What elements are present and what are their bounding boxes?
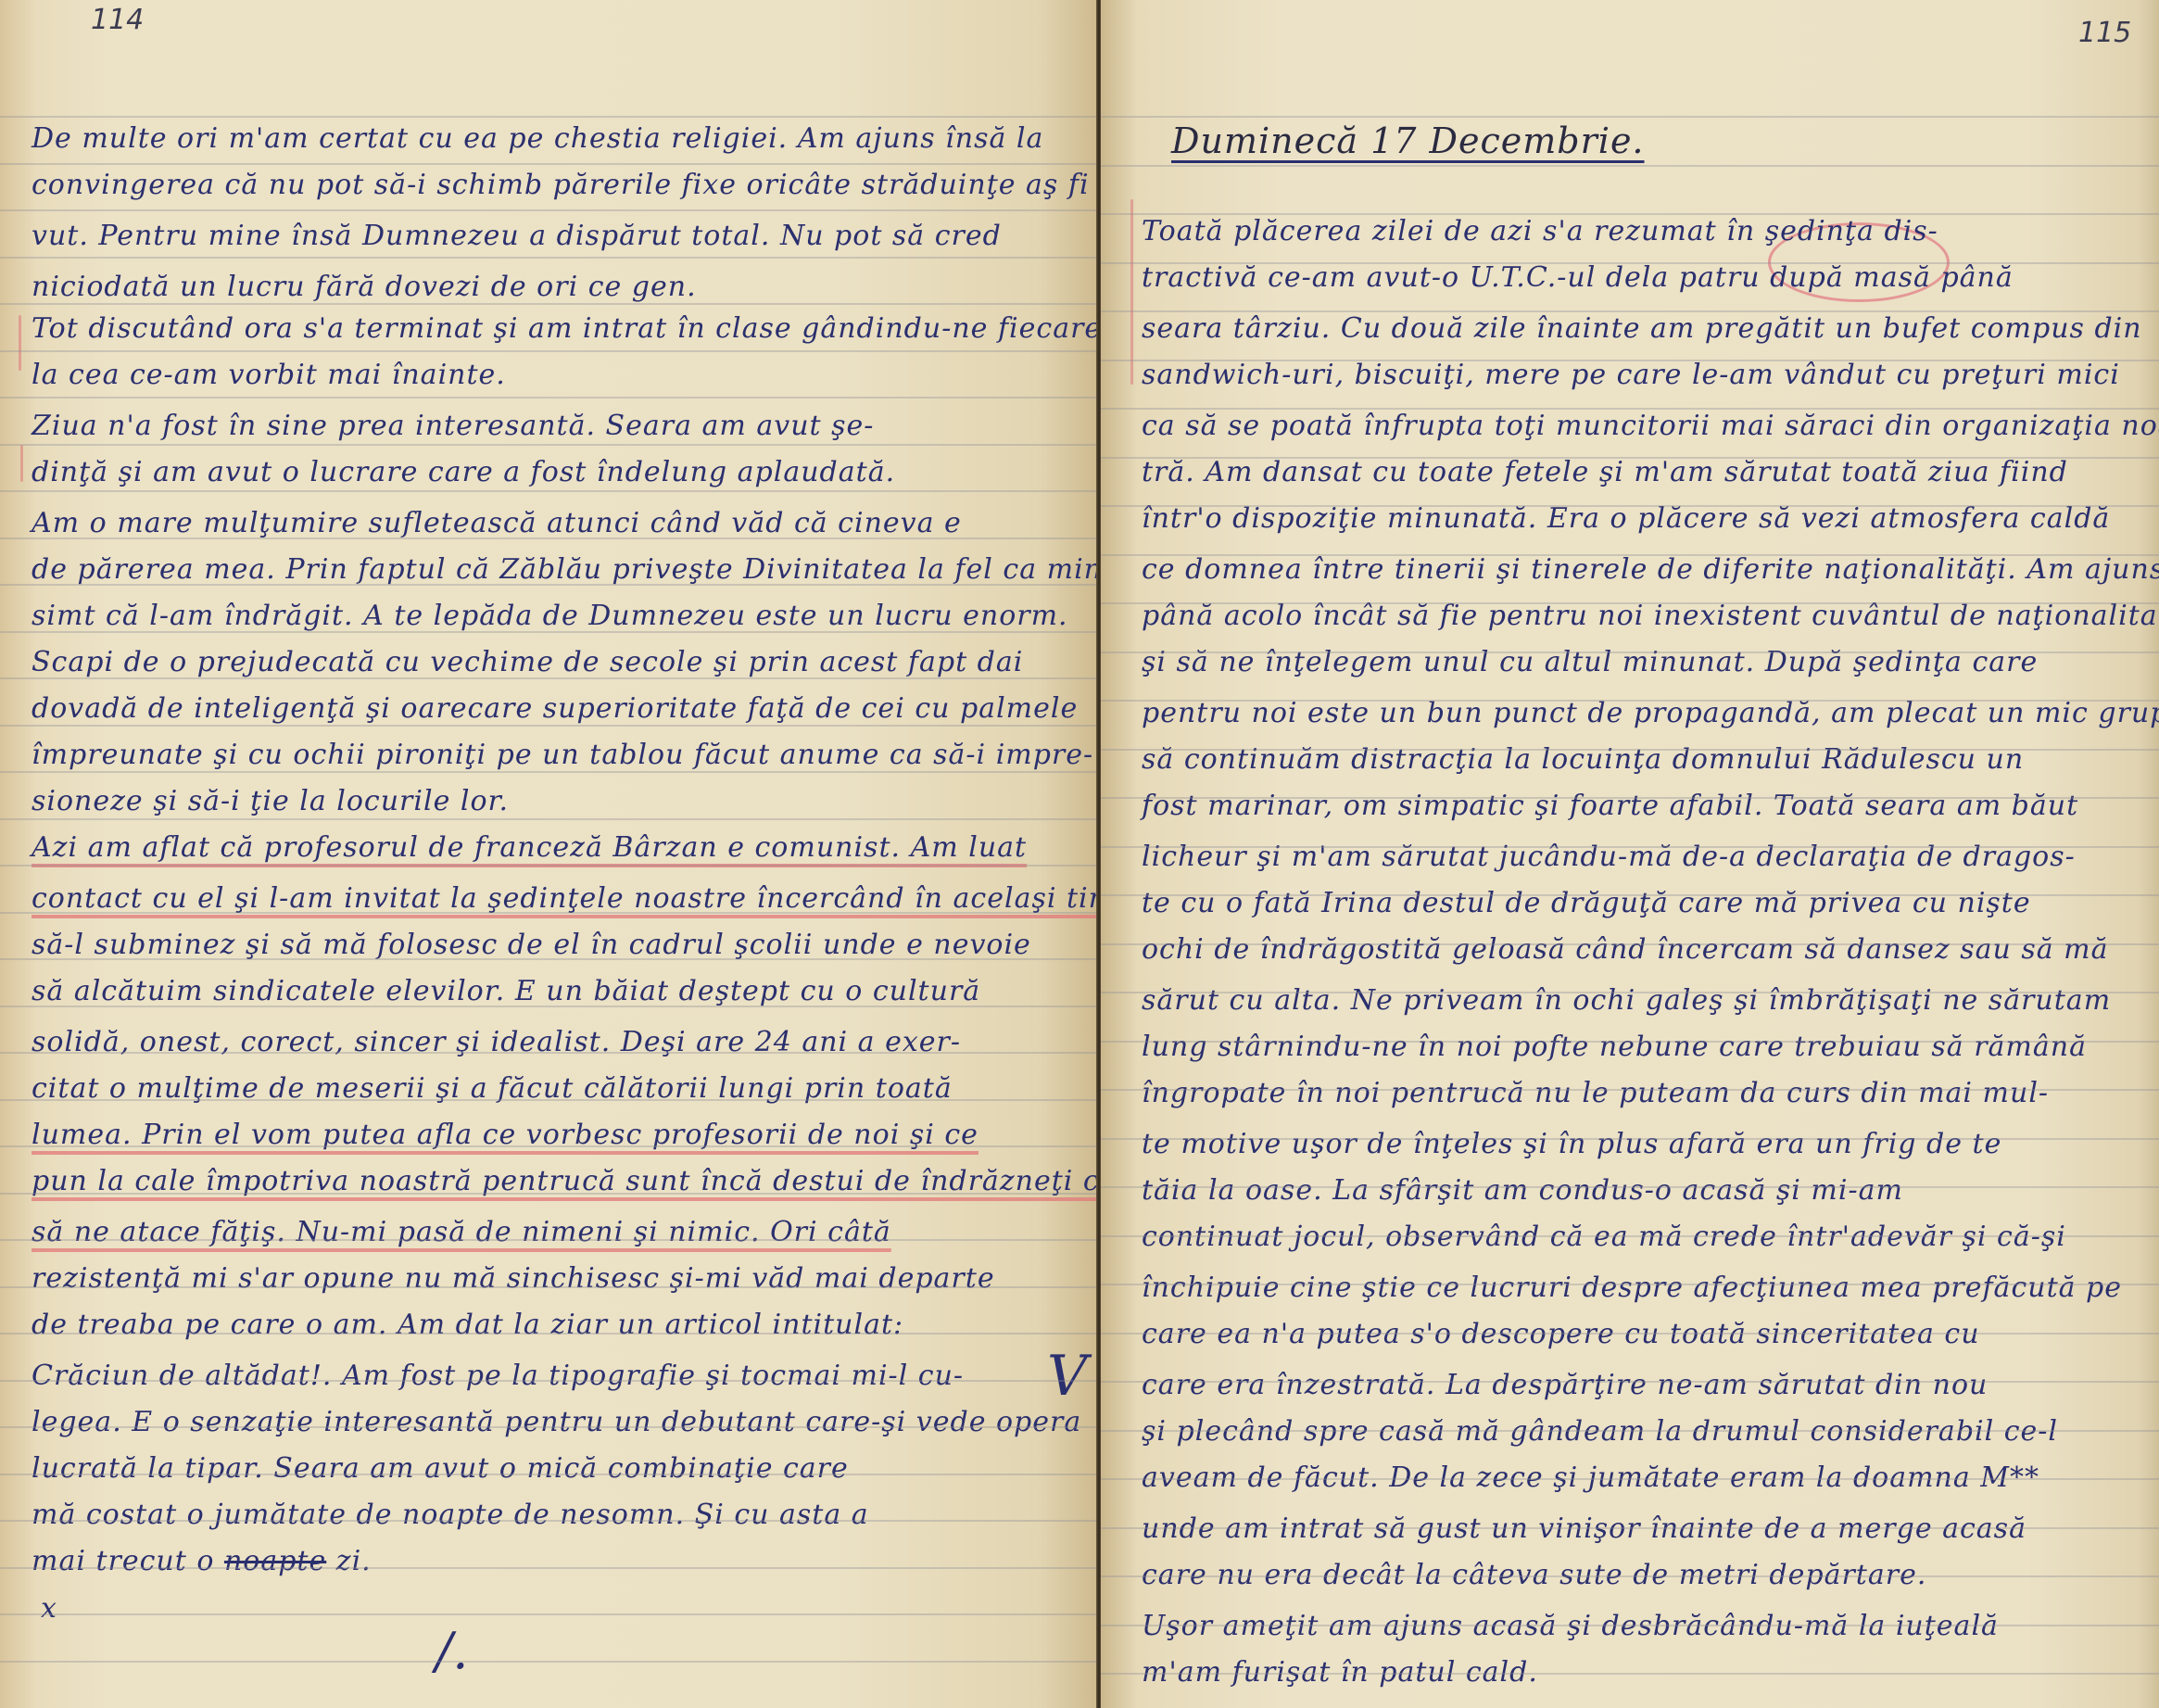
line-text: sioneze şi să-i ţie la locurile lor. xyxy=(32,785,509,817)
ruled-line xyxy=(1101,749,2159,751)
line-text: lucrată la tipar. Seara am avut o mică c… xyxy=(32,1452,849,1485)
ruled-line xyxy=(1101,1478,2159,1480)
ruled-line xyxy=(0,1052,1099,1054)
handwritten-line: lucrată la tipar. Seara am avut o mică c… xyxy=(32,1450,849,1487)
handwritten-line: sărut cu alta. Ne priveam în ochi galeş … xyxy=(1142,982,2111,1019)
line-text: de treaba pe care o am. Am dat la ziar u… xyxy=(32,1309,903,1341)
ruled-line xyxy=(1101,554,2159,556)
line-text: la cea ce-am vorbit mai înainte. xyxy=(32,359,506,391)
ruled-line xyxy=(0,1145,1099,1147)
handwritten-line: mă costat o jumătate de noapte de nesomn… xyxy=(32,1497,869,1534)
handwritten-line: tăia la oase. La sfârşit am condus-o aca… xyxy=(1142,1172,1903,1209)
page-number-right: 115 xyxy=(2078,17,2131,49)
ruled-line xyxy=(0,1661,1099,1663)
line-text: tăia la oase. La sfârşit am condus-o aca… xyxy=(1142,1174,1903,1207)
line-text: îngropate în noi pentrucă nu le puteam d… xyxy=(1142,1077,2049,1109)
ruled-line xyxy=(1101,213,2159,215)
handwritten-line: împreunate şi cu ochii pironiţi pe un ta… xyxy=(32,737,1093,774)
ruled-line xyxy=(1101,116,2159,118)
handwritten-line: te motive uşor de înţeles şi în plus afa… xyxy=(1142,1126,2001,1163)
ruled-line xyxy=(0,116,1099,118)
line-text: până acolo încât să fie pentru noi inexi… xyxy=(1142,600,2159,632)
ruled-line xyxy=(0,1520,1099,1522)
handwritten-line: citat o mulţime de meserii şi a făcut că… xyxy=(32,1070,953,1107)
handwritten-line: care ea n'a putea s'o descopere cu toată… xyxy=(1142,1316,1980,1353)
handwritten-line: lumea. Prin el vom putea afla ce vorbesc… xyxy=(32,1117,978,1154)
ruled-line xyxy=(1101,360,2159,361)
handwritten-line: închipuie cine ştie ce lucruri despre af… xyxy=(1142,1270,2122,1307)
ruled-line xyxy=(0,584,1099,586)
ruled-line xyxy=(0,771,1099,773)
handwritten-line: ca să se poată înfrupta toţi muncitorii … xyxy=(1142,408,2159,445)
handwritten-line: te cu o fată Irina destul de drăguţă car… xyxy=(1142,885,2031,922)
ruled-line xyxy=(1101,408,2159,410)
line-text: să-l subminez şi să mă folosesc de el în… xyxy=(32,929,1031,961)
ruled-line xyxy=(0,631,1099,633)
ruled-line xyxy=(0,865,1099,867)
ruled-line xyxy=(1101,505,2159,507)
line-text: continuat jocul, observând că ea mă cred… xyxy=(1142,1221,2066,1253)
line-text: sandwich-uri, biscuiţi, mere pe care le-… xyxy=(1142,359,2120,391)
ruled-line xyxy=(0,1426,1099,1428)
line-text: simt că l-am îndrăgit. A te lepăda de Du… xyxy=(32,600,1068,632)
ruled-line xyxy=(1101,1235,2159,1237)
struck-word: noapte xyxy=(224,1545,326,1577)
handwritten-line: Toată plăcerea zilei de azi s'a rezumat … xyxy=(1142,213,1938,250)
handwritten-line: Ziua n'a fost în sine prea interesantă. … xyxy=(32,408,874,445)
line-text: De multe ori m'am certat cu ea pe chesti… xyxy=(32,122,1043,155)
line-text: Toată plăcerea zilei de azi s'a rezumat … xyxy=(1142,215,1938,247)
line-text: dovadă de inteligenţă şi oarecare superi… xyxy=(32,692,1078,725)
handwritten-line: rezistenţă mi s'ar opune nu mă sinchises… xyxy=(32,1260,995,1297)
line-text: mai trecut o xyxy=(32,1545,214,1577)
line-text: tractivă ce-am avut-o U.T.C.-ul dela pat… xyxy=(1142,261,2014,294)
line-text: te cu o fată Irina destul de drăguţă car… xyxy=(1142,887,2031,919)
handwritten-line: Uşor ameţit am ajuns acasă şi desbrăcând… xyxy=(1142,1608,1999,1645)
line-text: Azi am aflat că profesorul de franceză B… xyxy=(32,831,1027,864)
handwritten-line: licheur şi m'am sărutat jucându-mă de-a … xyxy=(1142,839,2076,876)
line-text: să ne atace făţiş. Nu-mi pasă de nimeni … xyxy=(32,1216,891,1248)
line-text: Am o mare mulţumire sufletească atunci c… xyxy=(32,507,962,539)
line-text: lung stârnindu-ne în noi pofte nebune ca… xyxy=(1142,1031,2087,1063)
handwritten-line: sandwich-uri, biscuiţi, mere pe care le-… xyxy=(1142,357,2120,394)
ruled-line xyxy=(0,397,1099,399)
handwritten-line: îngropate în noi pentrucă nu le puteam d… xyxy=(1142,1075,2049,1112)
ruled-line xyxy=(1101,1673,2159,1675)
line-text: pentru noi este un bun punct de propagan… xyxy=(1142,697,2159,729)
handwritten-line: la cea ce-am vorbit mai înainte. xyxy=(32,357,506,394)
line-text: într'o dispoziţie minunată. Era o plăcer… xyxy=(1142,502,2110,535)
ruled-line xyxy=(0,163,1099,165)
red-margin-line xyxy=(1130,199,1133,385)
ruled-line xyxy=(0,490,1099,492)
ruled-line xyxy=(1101,1089,2159,1091)
line-text: să alcătuim sindicatele elevilor. E un b… xyxy=(32,975,980,1007)
handwritten-line: să ne atace făţiş. Nu-mi pasă de nimeni … xyxy=(32,1214,891,1251)
handwritten-line: care era înzestrată. La despărţire ne-am… xyxy=(1142,1367,1988,1404)
line-text: Crăciun de altădat!. Am fost pe la tipog… xyxy=(32,1360,964,1392)
entry-heading-date: Duminecă 17 Decembrie. xyxy=(1171,122,1645,159)
ruled-line xyxy=(1101,1625,2159,1626)
ruled-line xyxy=(1101,846,2159,848)
line-text: legea. E o senzaţie interesantă pentru u… xyxy=(32,1406,1081,1438)
ruled-line xyxy=(0,677,1099,679)
ruled-line xyxy=(1101,992,2159,993)
handwritten-line: dinţă şi am avut o lucrare care a fost î… xyxy=(32,454,895,491)
line-text: împreunate şi cu ochii pironiţi pe un ta… xyxy=(32,739,1093,771)
handwritten-line: sioneze şi să-i ţie la locurile lor. xyxy=(32,783,509,820)
handwritten-line: unde am intrat să gust un vinişor înaint… xyxy=(1142,1511,2026,1548)
line-text: te motive uşor de înţeles şi în plus afa… xyxy=(1142,1128,2001,1160)
ruled-line xyxy=(1101,797,2159,799)
handwritten-line: solidă, onest, corect, sincer şi idealis… xyxy=(32,1024,961,1061)
left-page: 114 De multe ori m'am certat cu ea pe ch… xyxy=(0,0,1099,1708)
ruled-line xyxy=(0,1333,1099,1335)
handwritten-line: tră. Am dansat cu toate fetele şi m'am s… xyxy=(1142,454,2068,491)
line-text-after: zi. xyxy=(326,1545,371,1577)
handwritten-line: De multe ori m'am certat cu ea pe chesti… xyxy=(32,120,1043,158)
ruled-line xyxy=(0,257,1099,259)
handwritten-line: vut. Pentru mine însă Dumnezeu a dispăru… xyxy=(32,218,1002,255)
ruled-line xyxy=(0,1567,1099,1569)
ruled-line xyxy=(0,1006,1099,1007)
ruled-line xyxy=(0,1613,1099,1615)
line-text: contact cu el şi l-am invitat la şedinţe… xyxy=(32,882,1099,915)
slash-mark: /. xyxy=(436,1622,468,1680)
line-text: seara târziu. Cu două zile înainte am pr… xyxy=(1142,312,2142,345)
line-text: unde am intrat să gust un vinişor înaint… xyxy=(1142,1512,2026,1545)
line-text: Uşor ameţit am ajuns acasă şi desbrăcând… xyxy=(1142,1610,1999,1642)
handwritten-line: legea. E o senzaţie interesantă pentru u… xyxy=(32,1404,1081,1441)
line-text: şi plecând spre casă mă gândeam la drumu… xyxy=(1142,1415,2058,1448)
ruled-line xyxy=(1101,262,2159,264)
handwritten-line: mai trecut o noapte zi. xyxy=(32,1543,372,1580)
handwritten-line: Scapi de o prejudecată cu vechime de sec… xyxy=(32,644,1023,681)
handwritten-line: Crăciun de altădat!. Am fost pe la tipog… xyxy=(32,1358,964,1395)
ruled-line xyxy=(1101,1381,2159,1383)
handwritten-line: continuat jocul, observând că ea mă cred… xyxy=(1142,1219,2066,1256)
ruled-line xyxy=(0,209,1099,211)
ruled-line xyxy=(1101,700,2159,702)
line-text: dinţă şi am avut o lucrare care a fost î… xyxy=(32,456,895,488)
ruled-line xyxy=(1101,943,2159,945)
ruled-line xyxy=(1101,1138,2159,1140)
ruled-line xyxy=(1101,1430,2159,1432)
line-text: convingerea că nu pot să-i schimb păreri… xyxy=(32,169,1099,201)
ruled-line xyxy=(0,818,1099,820)
handwritten-line: lung stârnindu-ne în noi pofte nebune ca… xyxy=(1142,1029,2087,1066)
red-margin-mark xyxy=(20,445,23,482)
red-margin-mark xyxy=(19,315,21,371)
ruled-line xyxy=(0,1474,1099,1475)
ruled-line xyxy=(0,444,1099,446)
line-text: care era înzestrată. La despărţire ne-am… xyxy=(1142,1369,1988,1401)
handwritten-line: dovadă de inteligenţă şi oarecare superi… xyxy=(32,690,1078,727)
line-text: vut. Pentru mine însă Dumnezeu a dispăru… xyxy=(32,220,1002,252)
handwritten-line: de treaba pe care o am. Am dat la ziar u… xyxy=(32,1307,903,1344)
ruled-line xyxy=(0,350,1099,352)
ruled-line xyxy=(0,1193,1099,1195)
line-text: rezistenţă mi s'ar opune nu mă sinchises… xyxy=(32,1262,995,1295)
line-text: mă costat o jumătate de noapte de nesomn… xyxy=(32,1499,869,1531)
ruled-line xyxy=(1101,1333,2159,1335)
line-text: de părerea mea. Prin faptul că Zăblău pr… xyxy=(32,553,1099,586)
ruled-line xyxy=(1101,1527,2159,1529)
line-text: Ziua n'a fost în sine prea interesantă. … xyxy=(32,410,874,442)
ruled-line xyxy=(1101,1041,2159,1043)
line-text: niciodată un lucru fără dovezi de ori ce… xyxy=(32,271,697,303)
ruled-line xyxy=(1101,310,2159,312)
line-text: Scapi de o prejudecată cu vechime de sec… xyxy=(32,646,1023,678)
page-number-left: 114 xyxy=(91,4,144,36)
handwritten-line: simt că l-am îndrăgit. A te lepăda de Du… xyxy=(32,598,1068,635)
handwritten-line: pun la cale împotriva noastră pentrucă s… xyxy=(32,1163,1099,1200)
handwritten-line: seara târziu. Cu două zile înainte am pr… xyxy=(1142,310,2142,348)
line-text: ca să se poată înfrupta toţi muncitorii … xyxy=(1142,410,2159,442)
ruled-line xyxy=(0,1239,1099,1241)
ruled-line xyxy=(0,1286,1099,1288)
line-text: ce domnea între tinerii şi tinerele de d… xyxy=(1142,553,2159,586)
handwritten-line: ochi de îndrăgostită geloasă când încerc… xyxy=(1142,931,2109,968)
line-text: închipuie cine ştie ce lucruri despre af… xyxy=(1142,1272,2122,1304)
ruled-line xyxy=(0,303,1099,305)
handwritten-line: şi plecând spre casă mă gândeam la drumu… xyxy=(1142,1413,2058,1450)
ruled-line xyxy=(1101,1186,2159,1188)
ruled-line xyxy=(1101,457,2159,459)
line-text: tră. Am dansat cu toate fetele şi m'am s… xyxy=(1142,456,2068,488)
x-mark: x xyxy=(41,1592,57,1625)
right-page: 115 Duminecă 17 Decembrie. Toată plăcere… xyxy=(1101,0,2159,1708)
handwritten-line: de părerea mea. Prin faptul că Zăblău pr… xyxy=(32,551,1099,588)
ruled-line xyxy=(1101,652,2159,653)
ruled-line xyxy=(1101,1284,2159,1285)
line-text: care ea n'a putea s'o descopere cu toată… xyxy=(1142,1318,1980,1350)
line-text: ochi de îndrăgostită geloasă când încerc… xyxy=(1142,933,2109,966)
handwritten-line: fost marinar, om simpatic şi foarte afab… xyxy=(1142,788,2078,825)
handwritten-line: şi să ne înţelegem unul cu altul minunat… xyxy=(1142,644,2038,681)
ruled-line xyxy=(1101,894,2159,896)
ruled-line xyxy=(0,1099,1099,1101)
handwritten-line: niciodată un lucru fără dovezi de ori ce… xyxy=(32,269,697,306)
ruled-line xyxy=(1101,1575,2159,1577)
ruled-line xyxy=(1101,602,2159,604)
handwritten-line: ce domnea între tinerii şi tinerele de d… xyxy=(1142,551,2159,588)
handwritten-line: să continuăm distracţia la locuinţa domn… xyxy=(1142,741,2024,778)
ruled-line xyxy=(0,725,1099,727)
handwritten-line: convingerea că nu pot să-i schimb păreri… xyxy=(32,167,1099,204)
ruled-line xyxy=(0,538,1099,539)
handwritten-line: tractivă ce-am avut-o U.T.C.-ul dela pat… xyxy=(1142,259,2014,297)
ruled-line xyxy=(0,958,1099,960)
line-text: fost marinar, om simpatic şi foarte afab… xyxy=(1142,790,2078,822)
margin-check-mark: V xyxy=(1047,1344,1087,1409)
handwritten-line: Azi am aflat că profesorul de franceză B… xyxy=(32,829,1027,867)
ruled-line xyxy=(1101,165,2159,167)
line-text: Tot discutând ora s'a terminat şi am int… xyxy=(32,312,1099,345)
handwritten-line: Tot discutând ora s'a terminat şi am int… xyxy=(32,310,1099,348)
ruled-line xyxy=(0,912,1099,914)
line-text: sărut cu alta. Ne priveam în ochi galeş … xyxy=(1142,984,2111,1017)
ruled-line xyxy=(0,1380,1099,1382)
